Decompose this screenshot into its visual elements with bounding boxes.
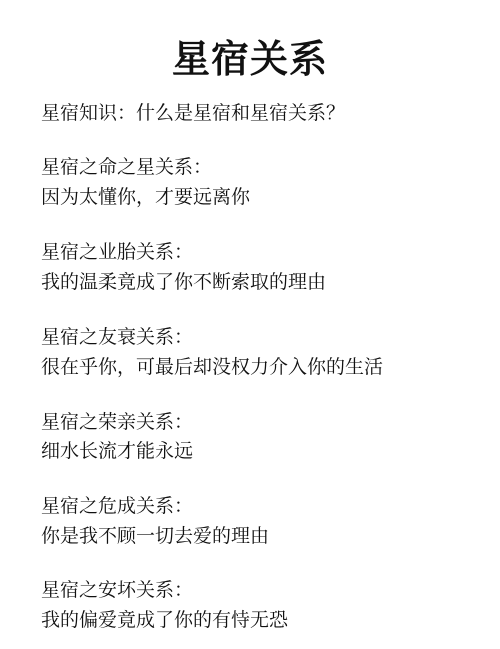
section-heading: 星宿之命之星关系：	[41, 155, 212, 179]
section-text: 我的温柔竟成了你不断索取的理由	[41, 270, 326, 294]
intro-line: 星宿知识：什么是星宿和星宿关系？	[41, 101, 345, 125]
section-text: 细水长流才能永远	[41, 439, 193, 463]
section-heading: 星宿之安坏关系：	[41, 578, 193, 602]
section-heading: 星宿之危成关系：	[41, 494, 193, 518]
section-text: 你是我不顾一切去爱的理由	[41, 524, 269, 548]
page-title: 星宿关系	[0, 36, 500, 82]
section-text: 很在乎你，可最后却没权力介入你的生活	[41, 355, 383, 379]
section-heading: 星宿之荣亲关系：	[41, 410, 193, 434]
section-text: 我的偏爱竟成了你的有恃无恐	[41, 608, 288, 632]
section-text: 因为太懂你，才要远离你	[41, 185, 250, 209]
section-heading: 星宿之业胎关系：	[41, 240, 193, 264]
section-heading: 星宿之友衰关系：	[41, 325, 193, 349]
